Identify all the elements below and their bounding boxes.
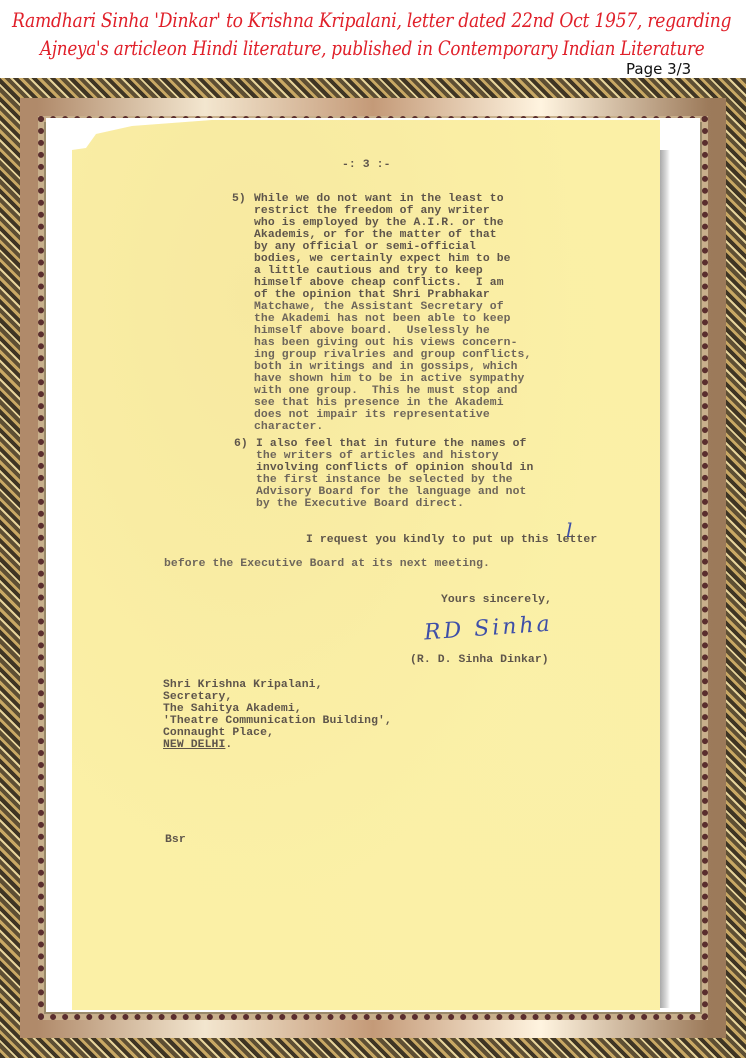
caption-line-1: Ramdhari Sinha 'Dinkar' to Krishna Kripa…: [12, 9, 731, 32]
point-5-line: bodies, we certainly expect him to be: [254, 253, 511, 265]
point-6-line: the writers of articles and history: [256, 450, 499, 462]
point-5-line: see that his presence in the Akademi: [254, 397, 504, 409]
point-6-line: the first instance be selected by the: [256, 474, 513, 486]
address-line: Secretary,: [163, 691, 232, 703]
point-5-line: himself above cheap conflicts. I am: [254, 277, 504, 289]
point-6-line: involving conflicts of opinion should in: [256, 462, 533, 474]
paper-shadow: [660, 150, 670, 1008]
point-5-line: of the opinion that Shri Prabhakar: [254, 289, 490, 301]
address-line: Shri Krishna Kripalani,: [163, 679, 323, 691]
page-indicator: Page 3/3: [624, 60, 693, 78]
page-marker: -: 3 :-: [342, 159, 391, 171]
point-5-line: Akademis, or for the matter of that: [254, 229, 497, 241]
address-city: NEW DELHI: [163, 739, 225, 751]
address-city-suffix: .: [225, 739, 232, 751]
point-5-line: have shown him to be in active sympathy: [254, 373, 524, 385]
point-5-line: While we do not want in the least to: [254, 193, 504, 205]
point-5-line: does not impair its representative: [254, 409, 490, 421]
handwritten-correction: l: [566, 518, 572, 542]
request-line-1: I request you kindly to put up this lett…: [306, 534, 597, 546]
point-5-line: a little cautious and try to keep: [254, 265, 483, 277]
point-5-number: 5): [232, 193, 246, 205]
point-5-line: both in writings and in gossips, which: [254, 361, 518, 373]
point-5-line: with one group. This he must stop and: [254, 385, 518, 397]
point-6-number: 6): [234, 438, 248, 450]
address-line: Connaught Place,: [163, 727, 274, 739]
caption-line-2: Ajneya's articleon Hindi literature, pub…: [40, 37, 704, 60]
point-6-line: I also feel that in future the names of: [256, 438, 526, 450]
reference-initials: Bsr: [165, 834, 186, 846]
closing: Yours sincerely,: [441, 594, 552, 606]
point-5-line: Matchawe, the Assistant Secretary of: [254, 301, 504, 313]
address-line: 'Theatre Communication Building',: [163, 715, 392, 727]
point-6-line: by the Executive Board direct.: [256, 498, 464, 510]
request-line-2: before the Executive Board at its next m…: [164, 558, 490, 570]
address-line: The Sahitya Akademi,: [163, 703, 302, 715]
signatory-name: (R. D. Sinha Dinkar): [410, 654, 549, 666]
point-5-line: the Akademi has not been able to keep: [254, 313, 511, 325]
point-5-line: ing group rivalries and group conflicts,: [254, 349, 531, 361]
point-5-line: character.: [254, 421, 323, 433]
point-5-line: by any official or semi-official: [254, 241, 476, 253]
point-5-line: has been giving out his views concern-: [254, 337, 518, 349]
point-5-line: himself above board. Uselessly he: [254, 325, 490, 337]
point-6-line: Advisory Board for the language and not: [256, 486, 526, 498]
point-5-line: who is employed by the A.I.R. or the: [254, 217, 504, 229]
address-city-line: NEW DELHI.: [163, 739, 232, 751]
point-5-line: restrict the freedom of any writer: [254, 205, 490, 217]
